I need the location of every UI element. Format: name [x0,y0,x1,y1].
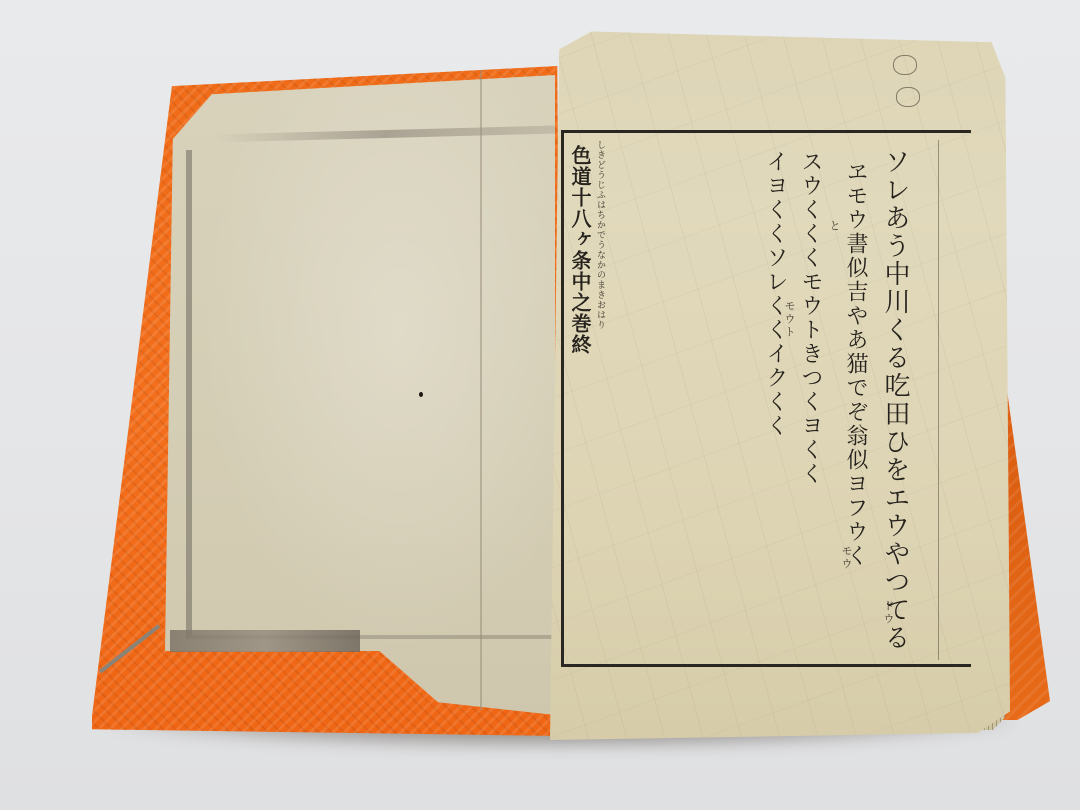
text-line-1: ソレあう中川くる吃田ひをエウやつてる [877,148,914,652]
book-photo: 色道十八ヶ条中之巻終 しきどうじふはちかでうなかのまきおはり ソレあう中川くる吃… [0,0,1080,810]
text-line-2: ヱモウ書似吉やあ猫でぞ翁似ヨフウく [840,160,871,568]
volume-title-ruby: しきどうじふはちかでうなかのまきおはり [594,140,607,330]
corner-stamp-mark [893,55,917,75]
ruby-mou: モウ [838,545,854,571]
text-line-4: イヨくくソレくくイクくく [760,150,791,438]
ruby-line-2: と [826,220,842,233]
frame-rule-line [938,140,939,660]
volume-title: 色道十八ヶ条中之巻終 [566,145,595,355]
exposed-board-damage [170,630,360,652]
paste-down-border [186,150,562,639]
paper-crease [480,70,482,710]
ruby-dou: ドウ [880,600,896,626]
corner-stamp-mark [896,87,920,107]
text-line-3: スウくくくモウトきつくヨくく [795,150,826,486]
ink-speck [419,392,423,397]
